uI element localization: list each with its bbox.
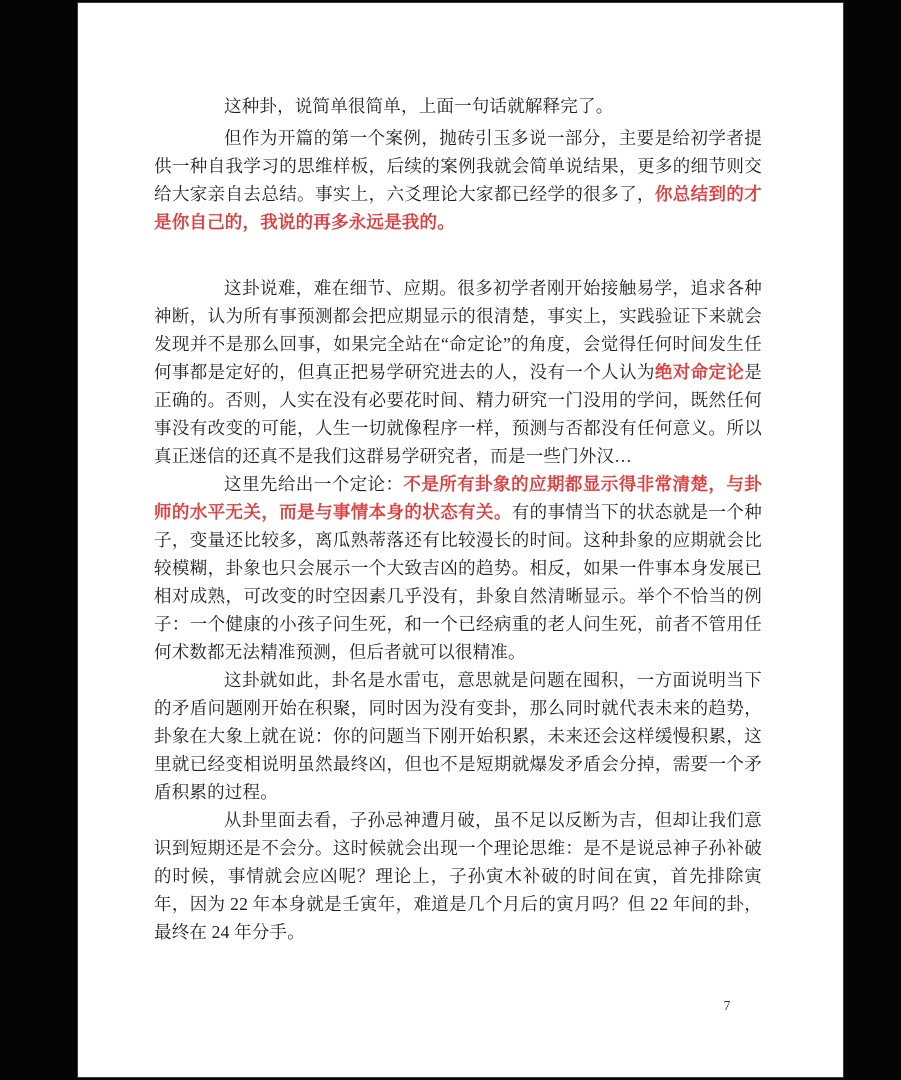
text-run: 有的事情当下的状态就是一个种子，变量还比较多，离瓜熟蒂落还有比较漫长的时间。这种… xyxy=(154,502,762,662)
page-number: 7 xyxy=(717,998,737,1014)
paragraph: 这卦说难，难在细节、应期。很多初学者刚开始接触易学，追求各种神断，认为所有事预测… xyxy=(154,274,762,470)
paragraph: 但作为开篇的第一个案例，抛砖引玉多说一部分，主要是给初学者提供一种自我学习的思维… xyxy=(154,124,762,236)
text-run: 从卦里面去看，子孙忌神遭月破，虽不足以反断为吉，但却让我们意识到短期还是不会分。… xyxy=(154,810,762,942)
text-run: 这里先给出一个定论： xyxy=(224,474,403,494)
text-run: 这种卦，说简单很简单，上面一句话就解释完了。 xyxy=(224,96,613,116)
paragraph: 这卦就如此，卦名是水雷屯，意思就是问题在囤积，一方面说明当下的矛盾问题刚开始在积… xyxy=(154,666,762,806)
paragraph: 从卦里面去看，子孙忌神遭月破，虽不足以反断为吉，但却让我们意识到短期还是不会分。… xyxy=(154,806,762,946)
highlighted-text-run: 绝对命定论 xyxy=(655,362,744,382)
text-run: 这卦就如此，卦名是水雷屯，意思就是问题在囤积，一方面说明当下的矛盾问题刚开始在积… xyxy=(154,670,762,802)
document-page: 这种卦，说简单很简单，上面一句话就解释完了。但作为开篇的第一个案例，抛砖引玉多说… xyxy=(78,3,843,1077)
paragraph: 这里先给出一个定论：不是所有卦象的应期都显示得非常清楚，与卦师的水平无关，而是与… xyxy=(154,470,762,666)
paragraph: 这种卦，说简单很简单，上面一句话就解释完了。 xyxy=(154,92,762,120)
page-content: 这种卦，说简单很简单，上面一句话就解释完了。但作为开篇的第一个案例，抛砖引玉多说… xyxy=(154,92,762,946)
viewer-background: 这种卦，说简单很简单，上面一句话就解释完了。但作为开篇的第一个案例，抛砖引玉多说… xyxy=(0,0,901,1080)
